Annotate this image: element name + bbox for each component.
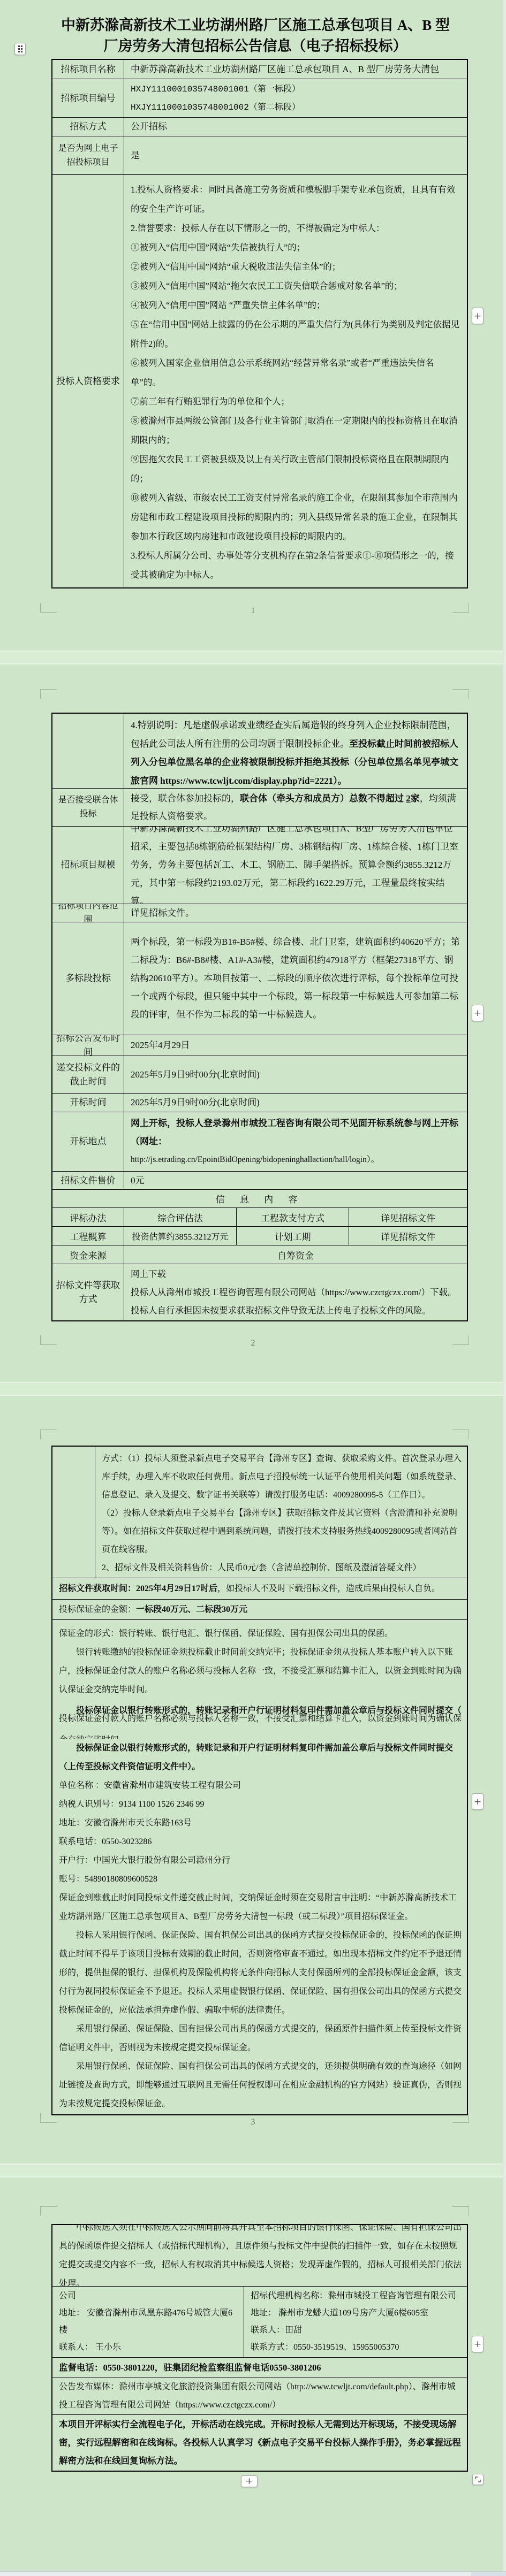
- table-row: 招标文件等获取方式 网上下载 投标人从滁州市城投工程咨询管理有限公司网站（htt…: [52, 1264, 467, 1320]
- table-row: 招标方式 公开招标: [52, 118, 467, 136]
- e-bidding-note: 本项目开评标实行全流程电子化，开标活动在线完成。开标时投标人无需到达开标现场，不…: [59, 2416, 462, 2470]
- fund-source-label: 资金来源: [52, 1245, 124, 1264]
- horizontal-scrollbar-thumb[interactable]: [0, 2572, 471, 2576]
- info-section-header: 信 息 内 容: [52, 1190, 467, 1207]
- bid-method-value: 公开招标: [131, 119, 462, 135]
- tenderer-address: 地址： 安徽省滁州市凤凰东路476号城管大厦6楼: [59, 2305, 239, 2339]
- crop-mark: [452, 689, 469, 699]
- table-row: 招标文件获取时间：2025年4月29日17时后，如投标人不及时下载招标文件，造成…: [52, 1578, 467, 1600]
- deposit-form: 保证金的形式：银行转账、银行电汇、银行保函、保证保险、国有担保公司出具的保函。: [59, 1624, 462, 1643]
- deposit-label: 投标保证金的金额：: [59, 1605, 136, 1614]
- table-row: 招标公告发布时间 2025年4月29日: [52, 1035, 467, 1056]
- guarantee-note-3: 采用银行保函、保证保险、国有担保公司出具的保函方式提交的，还须提供明确有效的查询…: [59, 2057, 462, 2113]
- winner-guarantee-note: 中标候选人须在中标候选人公示期间前将其开具至本招标项目的银行保函、保证保险、国有…: [59, 2225, 462, 2286]
- announce-date-value: 2025年4月29日: [131, 1037, 462, 1053]
- page-number-2: 2: [0, 1339, 506, 1348]
- project-number-2: HXJY1110001035748001002（第二标段）: [131, 98, 462, 117]
- table-drag-handle-button[interactable]: [14, 43, 26, 55]
- page-separator: [0, 651, 506, 664]
- agency-phone: 联系方式：0550-3519519、15955005370: [251, 2339, 463, 2356]
- tenderer-contact: 联系人： 王小乐: [59, 2339, 239, 2356]
- doc-price-value: 0元: [131, 1173, 462, 1188]
- row-label: 招标项目规模: [52, 827, 124, 904]
- bid-info-table-page4: 中标候选人须在中标候选人公示期间前将其开具至本招标项目的银行保函、保证保险、国有…: [51, 2224, 468, 2472]
- page-separator: [0, 1382, 506, 1396]
- tenderer-name: 招标人名称： 安徽省滁州市建筑安装工程有限公司: [59, 2287, 239, 2305]
- row-label: 招标项目名称: [52, 60, 124, 79]
- table-row: 是否为网上电子招投标项目 是: [52, 136, 467, 175]
- qualification-item: ③被列入“信用中国”网站“拖欠农民工工资失信联合惩戒对象名单”的；: [131, 277, 462, 296]
- table-row: 方式：（1）投标人须登录新点电子交易平台【滁州专区】查询、获取采购文件。首次登录…: [52, 1447, 467, 1578]
- bank-name: 开户行：中国光大银行股份有限公司滁州分行: [59, 1851, 462, 1870]
- page-title: 中新苏滁高新技术工业坊湖州路厂区施工总承包项目 A、B 型 厂房劳务大清包招标公…: [49, 15, 462, 57]
- table-row: 招标项目规模 中新苏滁高新技术工业坊湖州路厂区施工总承包项目A、B型厂房劳务大清…: [52, 827, 467, 904]
- fullscreen-icon: [474, 2476, 481, 2483]
- announce-media: 公告发布媒体：滁州市亭城文化旅游投资集团有限公司网站（http://www.tc…: [59, 2378, 462, 2414]
- guarantee-note-1: 投标人采用银行保函、保证保险、国有担保公司出具的保函方式提交投标保证金的，投标保…: [59, 1926, 462, 2020]
- table-row: 多标段投标 两个标段，第一标段为B1#-B5#楼、综合楼、北门卫室，建筑面积约4…: [52, 922, 467, 1035]
- page-number-1: 1: [0, 606, 506, 616]
- table-row: 评标办法 综合评估法 工程款支付方式 详见招标文件: [52, 1208, 467, 1227]
- supervision-phone: 监督电话：0550-3801220，驻集团纪检监察组监督电话0550-38012…: [59, 2358, 462, 2377]
- page-separator: [0, 2164, 506, 2177]
- fund-source-value: 自筹资金: [124, 1245, 467, 1264]
- row-label: 招标公告发布时间: [52, 1035, 124, 1056]
- add-comment-button[interactable]: +: [472, 1793, 484, 1810]
- project-name-value: 中新苏滁高新技术工业坊湖州路厂区施工总承包项目 A、B 型厂房劳务大清包: [131, 62, 462, 78]
- crop-mark: [40, 1430, 57, 1439]
- doc-obtain-line3: 投标人自行承担因未按要求获取招标文件导致无法上传电子投标文件的风险。: [131, 1302, 462, 1320]
- table-row: 投标人资格要求 1.投标人资格要求：同时具备施工劳务资质和模板脚手架专业承包资质…: [52, 175, 467, 587]
- qualification-item: ⑥被列入国家企业信用信息公示系统网站“经营异常名录”或者“严重违法失信名单”的。: [131, 354, 462, 392]
- table-row: 资金来源 自筹资金: [52, 1245, 467, 1264]
- crop-mark: [40, 2206, 57, 2216]
- crop-mark: [40, 689, 57, 699]
- glitch-tail-line: 金交纳完毕时间。: [59, 1735, 127, 1739]
- add-comment-button[interactable]: +: [472, 2336, 484, 2352]
- agency-contact-cell: 招标代理机构名称：滁州市城投工程咨询管理有限公司 地址： 滁州市龙蟠大道109号…: [244, 2287, 467, 2357]
- consortium-bold2: 家: [411, 793, 420, 804]
- guarantee-note-2: 采用银行保函、保证保险、国有担保公司出具的保函方式提交的，保函原件扫描件须上传至…: [59, 2020, 462, 2057]
- qualification-item: 2.信誉要求：投标人存在以下情形之一的，不得被确定为中标人：: [131, 219, 462, 238]
- doc-obtain-time-bold: 招标文件获取时间：2025年4月29日17时后: [59, 1584, 217, 1593]
- platform-note-2: （2）投标人登录新点电子交易平台【滁州专区】获取招标文件及其它资料（含澄清和补充…: [102, 1504, 462, 1559]
- add-comment-button[interactable]: +: [472, 308, 484, 324]
- consortium-bold: 联合体（牵头方和成员方）总数不得超过: [240, 793, 406, 804]
- table-row: 监督电话：0550-3801220，驻集团纪检监察组监督电话0550-38012…: [52, 2358, 467, 2378]
- add-row-button[interactable]: +: [241, 2475, 258, 2487]
- qualification-item: ②被列入“信用中国”网站“重大税收违法失信主体”的；: [131, 257, 462, 277]
- bank-unit-name: 单位名称 ：安徽省滁州市建筑安装工程有限公司: [59, 1776, 462, 1795]
- project-number-1: HXJY1110001035748001001（第一标段）: [131, 80, 462, 98]
- row-label: 投标人资格要求: [52, 175, 124, 587]
- qualification-item: ⑩被列入省级、市级农民工工资支付异常名录的施工企业，在限制其参加全市范围内房建和…: [131, 488, 462, 546]
- deposit-deadline-note: 保证金到账截止时间同投标文件递交截止时间，交纳保证金时须在交易附言中注明：“中新…: [59, 1889, 462, 1926]
- qualification-item: ⑨因拖欠农民工工资被县级及以上有关行政主管部门限制投标资格且在限制期限内的；: [131, 450, 462, 488]
- bank-phone: 联系电话：0550-3023286: [59, 1832, 462, 1851]
- table-row: 招标项目编号 HXJY1110001035748001001（第一标段） HXJ…: [52, 79, 467, 118]
- table-row: 开标时间 2025年5月9日9时00分(北京时间): [52, 1094, 467, 1112]
- table-row: 招标文件售价 0元: [52, 1172, 467, 1190]
- table-row: 递交投标文件的截止时间 2025年5月9日9时00分(北京时间): [52, 1056, 467, 1094]
- grid-dots-icon: [18, 45, 22, 52]
- bid-info-table-page1: 招标项目名称 中新苏滁高新技术工业坊湖州路厂区施工总承包项目 A、B 型厂房劳务…: [51, 59, 468, 588]
- table-row: 工程概算 投资估算约3855.3212万元 计划工期 详见招标文件: [52, 1227, 467, 1245]
- open-time-value: 2025年5月9日9时00分(北京时间): [131, 1095, 462, 1110]
- vertical-scrollbar[interactable]: [503, 0, 506, 2576]
- bank-tax-id: 纳税人识别号：9134 1100 1526 2346 99: [59, 1795, 462, 1814]
- bank-address: 地址：安徽省滁州市天长东路163号: [59, 1814, 462, 1832]
- glitch-normal-line: 投标保证金付款人的账户名称必须与投标人名称一致，不接受汇票和结算卡汇入，以资金到…: [59, 1714, 462, 1724]
- qualification-item: ⑧被滁州市县两级公管部门及各行业主管部门取消在一定期限内的投标资格且在取消期限内…: [131, 411, 462, 450]
- open-place-bold: 网上开标，投标人登录滁州市城投工程咨询有限公司不见面开标系统参与网上开标（网址：: [131, 1114, 462, 1151]
- scope-value: 详见招标文件。: [131, 906, 462, 921]
- expand-fullscreen-button[interactable]: [472, 2474, 484, 2485]
- row-label: 招标方式: [52, 118, 124, 136]
- table-row: 信 息 内 容: [52, 1190, 467, 1208]
- project-scale-value: 中新苏滁高新技术工业坊湖州路厂区施工总承包项目A、B型厂房劳务大清包单位招采，主…: [131, 827, 462, 904]
- table-row: 4.特别说明：凡是虚假承诺或业绩经查实后属造假的终身列入企业投标限制范围，包括此…: [52, 714, 467, 789]
- deadline-value: 2025年5月9日9时00分(北京时间): [131, 1067, 462, 1083]
- row-label: 多标段投标: [52, 922, 124, 1035]
- table-row: 本项目开评标实行全流程电子化，开标活动在线完成。开标时投标人无需到达开标现场，不…: [52, 2415, 467, 2471]
- qualification-item: 1.投标人资格要求：同时具备施工劳务资质和模板脚手架专业承包资质，且具有有效的安…: [131, 180, 462, 219]
- agency-address: 地址： 滁州市龙蟠大道109号房产大厦6楼605室: [251, 2305, 463, 2322]
- doc-obtain-line2: 投标人从滁州市城投工程咨询管理有限公司网站（https://www.czctgc…: [131, 1283, 462, 1302]
- row-label: 开标地点: [52, 1112, 124, 1171]
- estimate-value: 投资估算约3855.3212万元: [124, 1227, 237, 1245]
- table-row: 保证金的形式：银行转账、银行电汇、银行保函、保证保险、国有担保公司出具的保函。 …: [52, 1620, 467, 2114]
- deposit-submit-note: 投标保证金以银行转账形式的，转账记录和开户行证明材料复印件需加盖公章后与投标文件…: [59, 1739, 462, 1776]
- multi-section-value: 两个标段，第一标段为B1#-B5#楼、综合楼、北门卫室，建筑面积约40620平方…: [131, 933, 462, 1024]
- agency-contact: 联系人：田甜: [251, 2322, 463, 2339]
- row-label: 招标项目编号: [52, 79, 124, 117]
- table-row: 中标候选人须在中标候选人公示期间前将其开具至本招标项目的银行保函、保证保险、国有…: [52, 2225, 467, 2287]
- payment-value: 详见招标文件: [349, 1208, 467, 1226]
- render-glitch-overlap: 投标保证金以银行转账形式的，转账记录和开户行证明材料复印件需加盖公章后与投标文件…: [59, 1706, 462, 1739]
- open-place-url: http://js.etrading.cn/EpointBidOpening/b…: [131, 1151, 462, 1169]
- schedule-value: 详见招标文件: [349, 1227, 467, 1245]
- row-label: 是否为网上电子招投标项目: [52, 136, 124, 174]
- doc-obtain-line1: 网上下载: [131, 1265, 462, 1283]
- table-row: 招标项目内容范围 详见招标文件。: [52, 904, 467, 922]
- payment-label: 工程款支付方式: [237, 1208, 349, 1226]
- page-title-line1: 中新苏滁高新技术工业坊湖州路厂区施工总承包项目 A、B 型: [49, 15, 462, 36]
- bid-info-table-page3: 方式：（1）投标人须登录新点电子交易平台【滁州专区】查询、获取采购文件。首次登录…: [51, 1446, 468, 2115]
- plus-icon: +: [474, 2339, 481, 2350]
- plus-icon: +: [474, 1797, 481, 1807]
- deposit-transfer-note: 银行转账缴纳的投标保证金须投标截止时间前交纳完毕；投标保证金须从投标人基本账户转…: [59, 1643, 462, 1699]
- page-title-line2: 厂房劳务大清包招标公告信息（电子招标投标）: [49, 36, 462, 57]
- doc-obtain-time-text: ，如投标人不及时下载招标文件，造成后果由投标人自负。: [217, 1584, 440, 1593]
- consortium-text: 接受，联合体参加投标的，: [131, 793, 240, 804]
- tenderer-contact-cell: 招标人名称： 安徽省滁州市建筑安装工程有限公司 地址： 安徽省滁州市凤凰东路47…: [52, 2287, 244, 2357]
- platform-note-3: 2、招标文件及相关资料售价：人民币0元/套（含清单控制价、图纸及澄清答疑文件）: [102, 1559, 462, 1577]
- consortium-count: 2: [406, 793, 411, 804]
- eval-method-value: 综合评估法: [124, 1208, 237, 1226]
- agency-name: 招标代理机构名称：滁州市城投工程咨询管理有限公司: [251, 2288, 463, 2305]
- document-viewer: 中新苏滁高新技术工业坊湖州路厂区施工总承包项目 A、B 型 厂房劳务大清包招标公…: [0, 0, 506, 2576]
- qualification-item: ⑤在“信用中国”网站上披露的仍在公示期的严重失信行为(具体行为类别及判定依据见附…: [131, 315, 462, 354]
- estimate-label: 工程概算: [52, 1227, 124, 1245]
- row-label: 招标项目内容范围: [52, 904, 124, 922]
- table-row: 招标人名称： 安徽省滁州市建筑安装工程有限公司 地址： 安徽省滁州市凤凰东路47…: [52, 2287, 467, 2358]
- plus-icon: +: [245, 2476, 253, 2487]
- crop-mark: [452, 1430, 469, 1439]
- row-label-empty: [52, 714, 124, 788]
- row-label: 是否接受联合体投标: [52, 789, 124, 826]
- qualification-item: ①被列入“信用中国”网站“失信被执行人”的；: [131, 238, 462, 257]
- row-label: 开标时间: [52, 1094, 124, 1112]
- horizontal-scrollbar[interactable]: [0, 2571, 506, 2576]
- table-row: 开标地点 网上开标，投标人登录滁州市城投工程咨询有限公司不见面开标系统参与网上开…: [52, 1112, 467, 1172]
- row-label: 递交投标文件的截止时间: [52, 1056, 124, 1093]
- eval-method-label: 评标办法: [52, 1208, 124, 1226]
- table-row: 投标保证金的金额：一标段40万元、二标段30万元: [52, 1600, 467, 1620]
- schedule-label: 计划工期: [237, 1227, 349, 1245]
- qualification-item: ⑦前三年有行贿犯罪行为的单位和个人；: [131, 392, 462, 411]
- crop-mark: [452, 2206, 469, 2216]
- qualification-item: ④被列入“信用中国”网站 “严重失信主体名单”的；: [131, 296, 462, 315]
- deposit-amount: 一标段40万元、二标段30万元: [136, 1605, 247, 1614]
- row-label: 招标文件等获取方式: [52, 1264, 124, 1320]
- page-number-3: 3: [0, 2118, 506, 2127]
- row-label: 招标文件售价: [52, 1172, 124, 1189]
- table-row: 公告发布媒体：滁州市亭城文化旅游投资集团有限公司网站（http://www.tc…: [52, 2378, 467, 2415]
- plus-icon: +: [474, 311, 481, 322]
- qualification-item: 3.投标人所属分公司、办事处等分支机构存在第2条信誉要求①-⑩项情形之一的，接受…: [131, 546, 462, 585]
- platform-note-1: 方式：（1）投标人须登录新点电子交易平台【滁州专区】查询、获取采购文件。首次登录…: [102, 1450, 462, 1504]
- table-row: 是否接受联合体投标 接受，联合体参加投标的，联合体（牵头方和成员方）总数不得超过…: [52, 789, 467, 827]
- table-row: 招标项目名称 中新苏滁高新技术工业坊湖州路厂区施工总承包项目 A、B 型厂房劳务…: [52, 60, 467, 79]
- online-bid-value: 是: [131, 148, 462, 164]
- qualification-note: 备注：第2、3条按照附件1“关于联合惩戒失信行为加强信用查询管理的通知”查询或承…: [131, 585, 462, 587]
- row-label-empty: [52, 1447, 95, 1578]
- bank-account: 账号：54890180809600528: [59, 1870, 462, 1889]
- add-comment-button[interactable]: +: [472, 1005, 484, 1021]
- bid-info-table-page2: 4.特别说明：凡是虚假承诺或业绩经查实后属造假的终身列入企业投标限制范围，包括此…: [51, 713, 468, 1321]
- plus-icon: +: [474, 1008, 481, 1019]
